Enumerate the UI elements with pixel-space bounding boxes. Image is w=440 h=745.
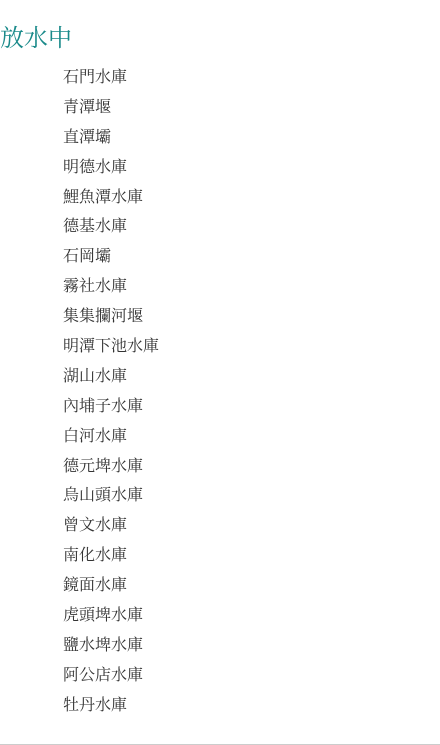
list-item: 明德水庫 <box>63 152 159 182</box>
list-item: 鏡面水庫 <box>63 570 159 600</box>
list-item: 青潭堰 <box>63 92 159 122</box>
list-item: 明潭下池水庫 <box>63 331 159 361</box>
section-title: 放水中 <box>0 23 72 53</box>
list-item: 烏山頭水庫 <box>63 480 159 510</box>
list-item: 霧社水庫 <box>63 271 159 301</box>
list-item: 鯉魚潭水庫 <box>63 182 159 212</box>
list-item: 德基水庫 <box>63 211 159 241</box>
reservoir-list: 石門水庫 青潭堰 直潭壩 明德水庫 鯉魚潭水庫 德基水庫 石岡壩 霧社水庫 集集… <box>63 62 159 720</box>
list-item: 鹽水埤水庫 <box>63 630 159 660</box>
list-item: 石岡壩 <box>63 241 159 271</box>
list-item: 阿公店水庫 <box>63 660 159 690</box>
list-item: 虎頭埤水庫 <box>63 600 159 630</box>
list-item: 石門水庫 <box>63 62 159 92</box>
list-item: 德元埤水庫 <box>63 451 159 481</box>
list-item: 集集攔河堰 <box>63 301 159 331</box>
list-item: 曾文水庫 <box>63 510 159 540</box>
list-item: 南化水庫 <box>63 540 159 570</box>
list-item: 湖山水庫 <box>63 361 159 391</box>
list-item: 白河水庫 <box>63 421 159 451</box>
list-item: 內埔子水庫 <box>63 391 159 421</box>
list-item: 牡丹水庫 <box>63 690 159 720</box>
list-item: 直潭壩 <box>63 122 159 152</box>
